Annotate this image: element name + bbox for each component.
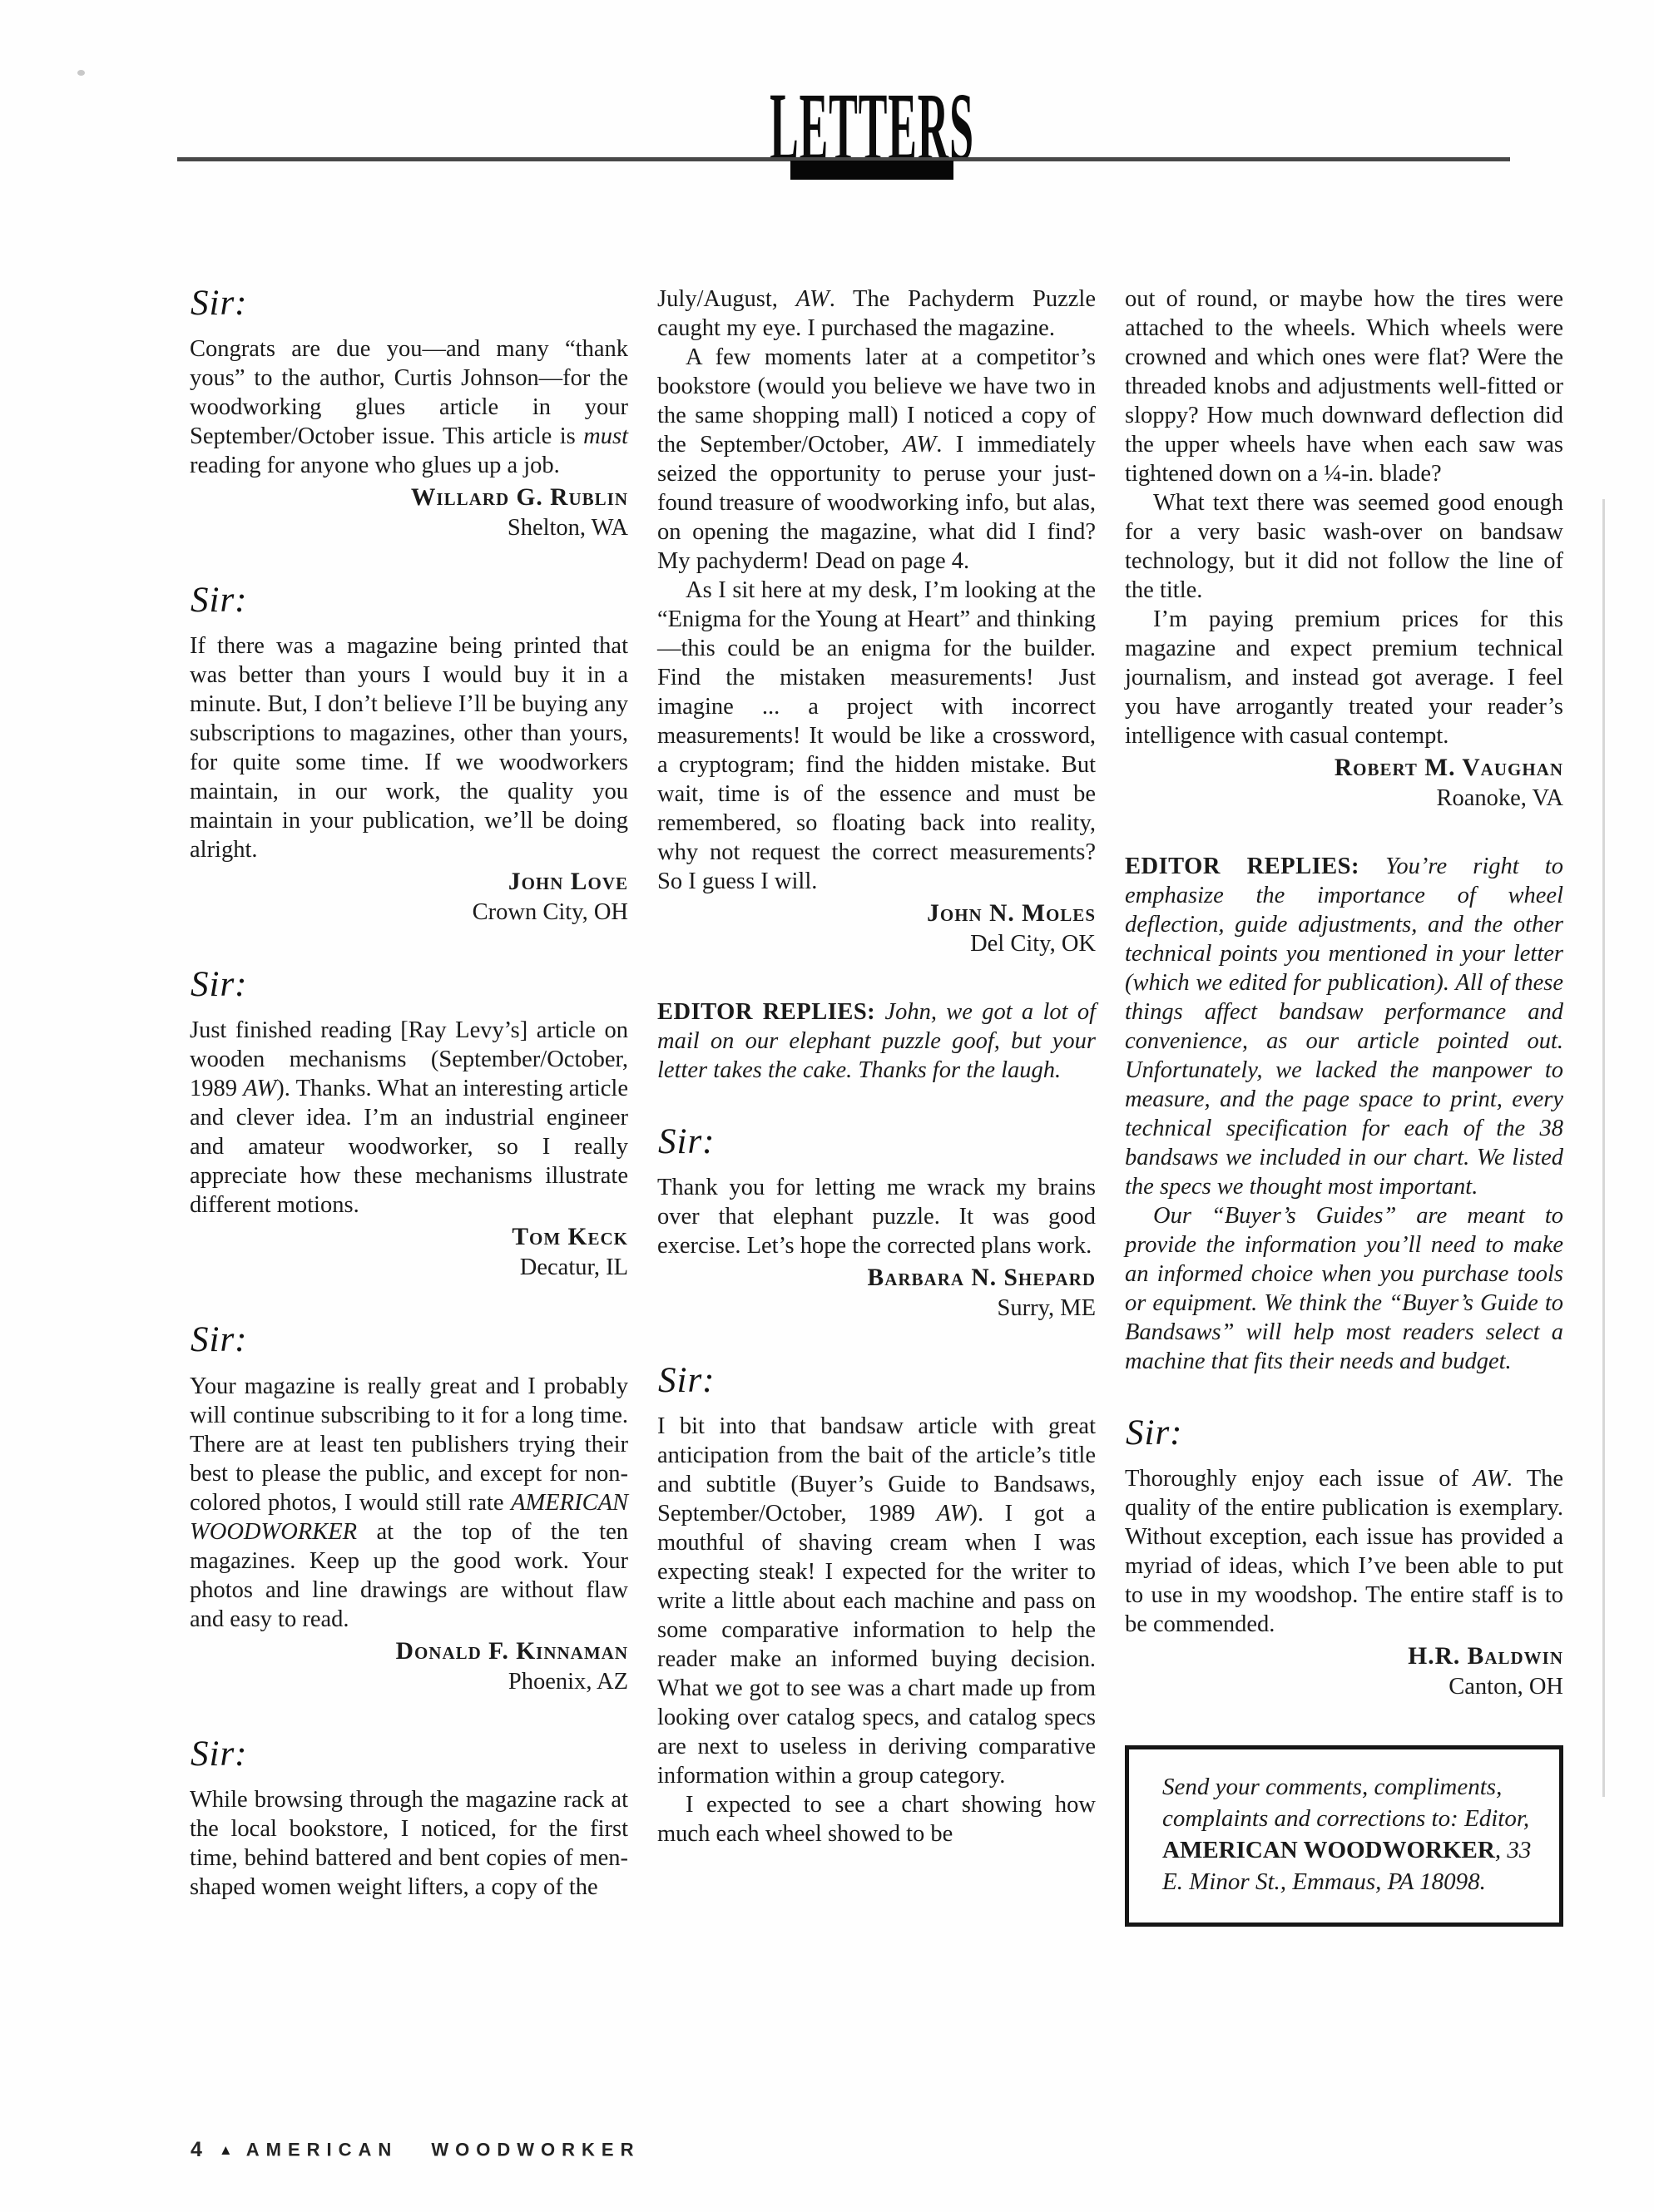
text-segment: You’re right to emphasize the importance…	[1125, 854, 1563, 1200]
page-footer: 4▲AMERICAN WOODWORKER	[191, 2138, 641, 2162]
signature: H.R. BaldwinCanton, OH	[1125, 1641, 1563, 1702]
text-segment: out of round, or maybe how the tires wer…	[1125, 286, 1563, 487]
signature: John N. MolesDel City, OK	[657, 898, 1096, 959]
letter-salutation: Sir:	[191, 1321, 628, 1358]
text-segment: AW	[936, 1501, 969, 1527]
signature-name: H.R. Baldwin	[1125, 1641, 1563, 1672]
letter-salutation: Sir:	[191, 1735, 628, 1773]
magazine-letters-page: LETTERS Sir:Congrats are due you—and man…	[0, 0, 1654, 2212]
text-segment: reading for anyone who glues up a job.	[190, 453, 560, 478]
signature-name: Donald F. Kinnaman	[190, 1636, 628, 1667]
letter-paragraph: Thank you for letting me wrack my brains…	[657, 1173, 1096, 1260]
letter-salutation: Sir:	[191, 285, 628, 322]
signature-city: Canton, OH	[1125, 1672, 1563, 1702]
text-segment: ). I got a mouthful of shaving cream whe…	[657, 1501, 1096, 1789]
letters-column-2: July/August, AW. The Pachyderm Puzzle ca…	[657, 285, 1096, 1848]
text-segment: must	[583, 423, 628, 449]
letter-salutation: Sir:	[191, 581, 628, 619]
text-segment: As I sit here at my desk, I’m looking at…	[657, 577, 1096, 894]
letter-paragraph: A few moments later at a competitor’s bo…	[657, 343, 1096, 576]
masthead-block	[790, 161, 953, 180]
text-segment: AW	[903, 432, 936, 458]
editor-replies-label: EDITOR REPLIES:	[657, 999, 875, 1025]
text-segment: Send your comments, compliments, complai…	[1162, 1774, 1529, 1832]
letter-salutation: Sir:	[658, 1123, 1096, 1160]
text-segment: Thank you for letting me wrack my brains…	[657, 1175, 1096, 1259]
text-segment: AW	[1473, 1466, 1506, 1492]
text-segment: Our “Buyer’s Guides” are meant to provid…	[1125, 1203, 1563, 1374]
signature: Barbara N. ShepardSurry, ME	[657, 1263, 1096, 1324]
letter-paragraph: Your magazine is really great and I prob…	[190, 1372, 628, 1634]
text-segment: July/August,	[657, 286, 796, 312]
mailbox-note: Send your comments, compliments, complai…	[1125, 1745, 1563, 1927]
page-number: 4	[191, 2138, 202, 2161]
signature: Robert M. VaughanRoanoke, VA	[1125, 753, 1563, 814]
letter-paragraph: July/August, AW. The Pachyderm Puzzle ca…	[657, 285, 1096, 343]
signature-city: Decatur, IL	[190, 1253, 628, 1283]
signature-city: Roanoke, VA	[1125, 784, 1563, 814]
signature-city: Del City, OK	[657, 929, 1096, 959]
signature-name: John N. Moles	[657, 898, 1096, 929]
signature: Willard G. RublinShelton, WA	[190, 482, 628, 543]
text-segment: Congrats are due you—and many “thank you…	[190, 336, 628, 449]
signature-name: Barbara N. Shepard	[657, 1263, 1096, 1294]
text-segment: Thoroughly enjoy each issue of	[1125, 1466, 1473, 1492]
signature-city: Shelton, WA	[190, 513, 628, 543]
letter-paragraph: out of round, or maybe how the tires wer…	[1125, 285, 1563, 488]
text-segment: AW	[243, 1076, 276, 1101]
text-segment: If there was a magazine being printed th…	[190, 633, 628, 863]
letter-paragraph: While browsing through the magazine rack…	[190, 1785, 628, 1902]
signature-name: Willard G. Rublin	[190, 482, 628, 513]
letters-column-3: out of round, or maybe how the tires wer…	[1125, 285, 1563, 1927]
signature: Tom KeckDecatur, IL	[190, 1222, 628, 1283]
text-segment: What text there was seemed good enough f…	[1125, 490, 1563, 603]
editor-reply: EDITOR REPLIES: John, we got a lot of ma…	[657, 997, 1096, 1085]
signature-city: Phoenix, AZ	[190, 1667, 628, 1697]
letter-paragraph: Just finished reading [Ray Levy’s] artic…	[190, 1016, 628, 1220]
signature-name: Tom Keck	[190, 1222, 628, 1253]
letter-salutation: Sir:	[658, 1362, 1096, 1399]
letter-paragraph: As I sit here at my desk, I’m looking at…	[657, 576, 1096, 896]
text-segment: While browsing through the magazine rack…	[190, 1787, 628, 1900]
letter-paragraph: If there was a magazine being printed th…	[190, 631, 628, 864]
editor-reply: EDITOR REPLIES: You’re right to emphasiz…	[1125, 852, 1563, 1201]
scan-artifact-line	[1602, 499, 1605, 1797]
magazine-name: AMERICAN WOODWORKER	[246, 2140, 641, 2160]
letter-salutation: Sir:	[1126, 1414, 1563, 1452]
signature-name: Robert M. Vaughan	[1125, 753, 1563, 784]
letter-paragraph: Congrats are due you—and many “thank you…	[190, 334, 628, 480]
editor-reply-paragraph: Our “Buyer’s Guides” are meant to provid…	[1125, 1201, 1563, 1376]
signature-city: Crown City, OH	[190, 898, 628, 928]
signature: Donald F. KinnamanPhoenix, AZ	[190, 1636, 628, 1697]
letter-paragraph: I bit into that bandsaw article with gre…	[657, 1412, 1096, 1790]
editor-replies-label: EDITOR REPLIES:	[1125, 854, 1359, 879]
signature-city: Surry, ME	[657, 1294, 1096, 1324]
letter-paragraph: I expected to see a chart showing how mu…	[657, 1790, 1096, 1848]
text-segment: AW	[796, 286, 829, 312]
letter-paragraph: What text there was seemed good enough f…	[1125, 488, 1563, 605]
triangle-icon: ▲	[219, 2142, 233, 2158]
text-segment: I’m paying premium prices for this magaz…	[1125, 606, 1563, 749]
scan-artifact-speck	[77, 70, 85, 76]
letters-column-1: Sir:Congrats are due you—and many “thank…	[190, 285, 628, 1902]
text-segment: I expected to see a chart showing how mu…	[657, 1792, 1096, 1847]
text-segment: AMERICAN WOODWORKER	[1162, 1837, 1495, 1863]
letter-paragraph: I’m paying premium prices for this magaz…	[1125, 605, 1563, 750]
signature-name: John Love	[190, 867, 628, 898]
signature: John LoveCrown City, OH	[190, 867, 628, 928]
letter-paragraph: Thoroughly enjoy each issue of AW. The q…	[1125, 1464, 1563, 1639]
letter-salutation: Sir:	[191, 966, 628, 1003]
